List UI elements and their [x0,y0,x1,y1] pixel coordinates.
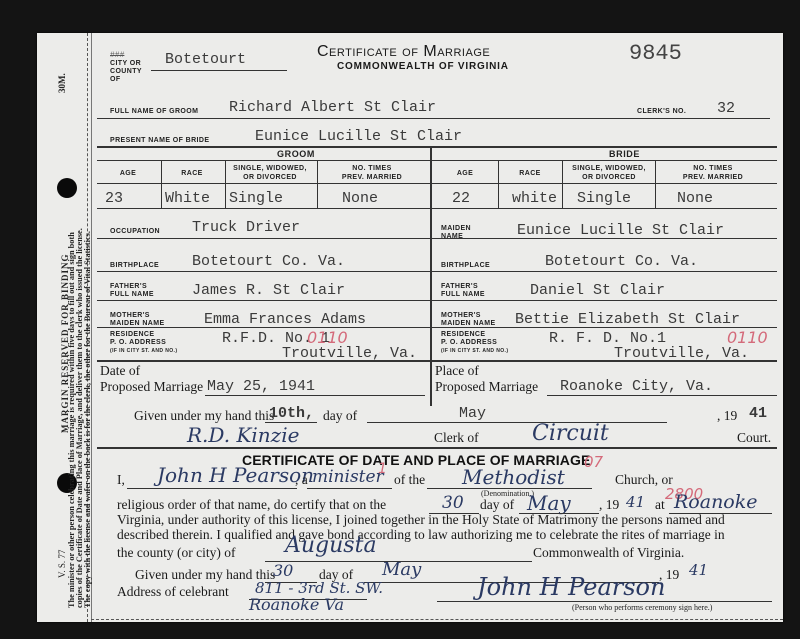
signature-line [437,601,772,602]
certificate-subtitle: Commonwealth of Virginia [337,61,509,72]
celebrant-given-month: May [382,559,421,580]
celebrant-address-line2: Roanoke Va [249,595,344,614]
bride-age: 22 [452,190,470,207]
bride-maiden-name: Eunice Lucille St Clair [517,222,724,239]
col-header-rule [97,183,777,184]
of-the-label: of the [394,472,425,488]
bride-times-married: None [677,190,713,207]
bride-times-header: No. TimesPrev. Married [657,164,769,182]
groom-age-header: Age [97,169,159,178]
marriage-certificate: V. S. 77 30M. MARGIN RESERVED FOR BINDIN… [37,33,783,622]
col-rule [562,160,563,208]
bottom-perforation [91,619,783,620]
celebrant-signature: John H Pearson [477,573,665,601]
proposed-place-label: Place ofProposed Marriage [435,363,538,395]
bride-status: Single [577,190,631,207]
role-code: 1 [378,461,387,477]
section-header-rule [97,160,777,161]
certificate-title: Certificate of Marriage [317,43,490,61]
qualified-text: described therein. I qualified and gave … [117,527,725,543]
bride-race-header: Race [499,169,561,178]
rule [97,327,430,328]
margin-instruction-3: The copy with the license and wafer on t… [83,231,92,608]
license-month: May [459,405,486,422]
groom-name-rule [97,118,770,119]
rule [432,300,777,301]
religious-order-text: religious order of that name, do certify… [117,497,386,513]
bride-mother-label: Mother'sMaiden Name [441,312,496,328]
clerk-of-label: Clerk of [434,430,479,446]
groom-occupation-label: Occupation [110,228,160,235]
celebrant-given-year: 41 [689,561,708,579]
col-rule [498,160,499,208]
bride-section-header: BRIDE [609,149,640,159]
rule [205,395,425,396]
rule [432,238,777,239]
court-label: Court. [737,430,771,446]
marriage-day-of: day of [480,497,514,513]
bride-race: white [512,190,557,207]
clerk-no: 32 [717,100,735,117]
col-rule [655,160,656,208]
marriage-year-prefix: , 19 [599,497,619,513]
groom-status-header: Single, Widowed,or Divorced [225,164,315,182]
groom-race-header: Race [161,169,223,178]
proposed-place: Roanoke City, Va. [560,378,713,395]
rule [97,300,430,301]
authority-text: Virginia, under authority of this licens… [117,512,725,528]
groom-race: White [165,190,210,207]
bride-mother: Bettie Elizabeth St Clair [515,311,740,328]
form-code: V. S. 77 [57,550,67,578]
county-label: City or County of [110,60,150,84]
rule [432,327,777,328]
county-value: Botetourt [165,51,246,68]
groom-birthplace-label: Birthplace [110,262,159,269]
license-year-prefix: , 19 [717,408,737,424]
license-day: 10th, [269,405,314,422]
denomination-code: 07 [584,453,603,471]
rule [97,238,430,239]
groom-name: Richard Albert St Clair [229,99,436,116]
rule [307,488,392,489]
rule [97,271,430,272]
county-city-label: the county (or city) of [117,545,235,561]
col-rule [225,160,226,208]
bride-age-header: Age [434,169,496,178]
bride-residence-label: ResidenceP. O. Address(If in city st. an… [441,331,508,355]
county-underline [151,70,287,71]
certificate-number: 9845 [629,41,682,66]
rule [127,488,297,489]
groom-name-label: Full Name of Groom [110,108,198,115]
rule [432,271,777,272]
marriage-county: Augusta [285,533,377,558]
celebrant-i-label: I, [117,472,125,488]
print-run: 30M. [57,73,67,93]
clerk-no-label: Clerk's No. [637,108,686,115]
groom-mother: Emma Frances Adams [204,311,366,328]
groom-bride-divider [430,146,432,406]
bride-status-header: Single, Widowed,or Divorced [563,164,655,182]
groom-section-header: GROOM [277,149,315,159]
groom-occupation: Truck Driver [192,219,300,236]
groom-status: Single [229,190,283,207]
rule [367,422,667,423]
residence-bottom-rule [97,360,777,362]
col-rule [317,160,318,208]
marriage-place: Roanoke [674,491,758,513]
proposed-date: May 25, 1941 [207,378,315,395]
bride-birthplace: Botetourt Co. Va. [545,253,698,270]
denomination: Methodist [462,465,565,489]
proposed-date-label: Date ofProposed Marriage [100,363,203,395]
marriage-at-label: at [655,497,665,513]
celebrant-given-day: 30 [273,561,293,580]
bride-name-label: Present Name of Bride [110,137,209,144]
court-name: Circuit [532,421,609,446]
bride-father-label: Father'sFull Name [441,283,485,299]
clerk-signature: R.D. Kinzie [187,423,299,447]
bride-birthplace-label: Birthplace [441,262,490,269]
celebrant-a-label: , a [295,472,308,488]
celebrant-address-label: Address of celebrant [117,584,229,600]
groom-father: James R. St Clair [192,282,345,299]
binding-hole-top [57,178,77,198]
bride-name: Eunice Lucille St Clair [255,128,462,145]
groom-times-header: No. TimesPrev. Married [319,164,425,182]
license-day-of: day of [323,408,357,424]
col-rule [161,160,162,208]
license-bottom-rule [97,447,777,449]
city-strikeout: ### [110,51,124,60]
celebrant-role: minister [312,467,384,487]
groom-father-label: Father'sFull Name [110,283,154,299]
groom-times-married: None [342,190,378,207]
commonwealth-text: Commonwealth of Virginia. [533,545,684,561]
license-given-prefix: Given under my hand this [134,408,274,424]
groom-age: 23 [105,190,123,207]
celebrant-name: John H Pearson [157,463,314,487]
signature-caption: (Person who performs ceremony sign here.… [572,603,712,612]
rule [547,395,777,396]
license-year: 41 [749,405,767,422]
table-bottom-rule [97,208,777,209]
marriage-year: 41 [626,493,645,511]
groom-birthplace: Botetourt Co. Va. [192,253,345,270]
bride-father: Daniel St Clair [530,282,665,299]
marriage-day: 30 [442,493,464,513]
groom-mother-label: Mother'sMaiden Name [110,312,165,328]
bride-name-rule [97,146,777,148]
groom-residence-label: ResidenceP. O. Address(If in city st. an… [110,331,177,355]
